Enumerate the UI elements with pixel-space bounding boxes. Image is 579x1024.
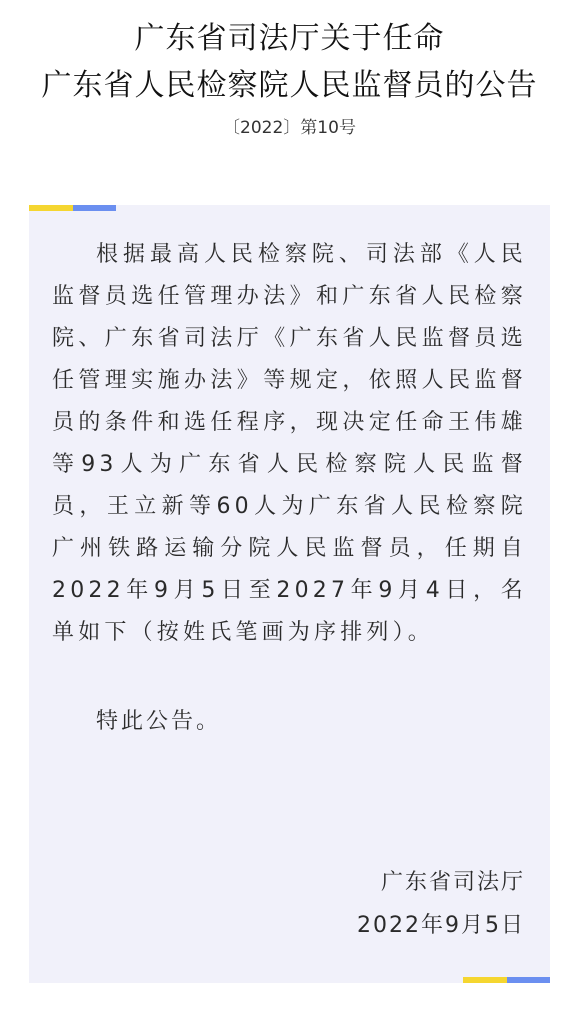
decorative-bar-blue-bottom	[507, 977, 550, 983]
document-number: 〔2022〕第10号	[0, 116, 579, 140]
signature-organization: 广东省司法厅	[381, 867, 525, 899]
decorative-bar-yellow-bottom	[463, 977, 507, 983]
signature-date: 2022年9月5日	[357, 910, 525, 942]
decorative-bar-blue-top	[73, 205, 116, 211]
announcement-body: 根据最高人民检察院、司法部《人民监督员选任管理办法》和广东省人民检察院、广东省司…	[52, 234, 527, 654]
body-paragraph: 根据最高人民检察院、司法部《人民监督员选任管理办法》和广东省人民检察院、广东省司…	[52, 234, 527, 654]
announcement-title-line-1: 广东省司法厅关于任命	[0, 20, 579, 58]
announcement-title-line-2: 广东省人民检察院人民监督员的公告	[0, 67, 579, 105]
decorative-bar-yellow-top	[29, 205, 73, 211]
closing-statement: 特此公告。	[52, 706, 221, 738]
